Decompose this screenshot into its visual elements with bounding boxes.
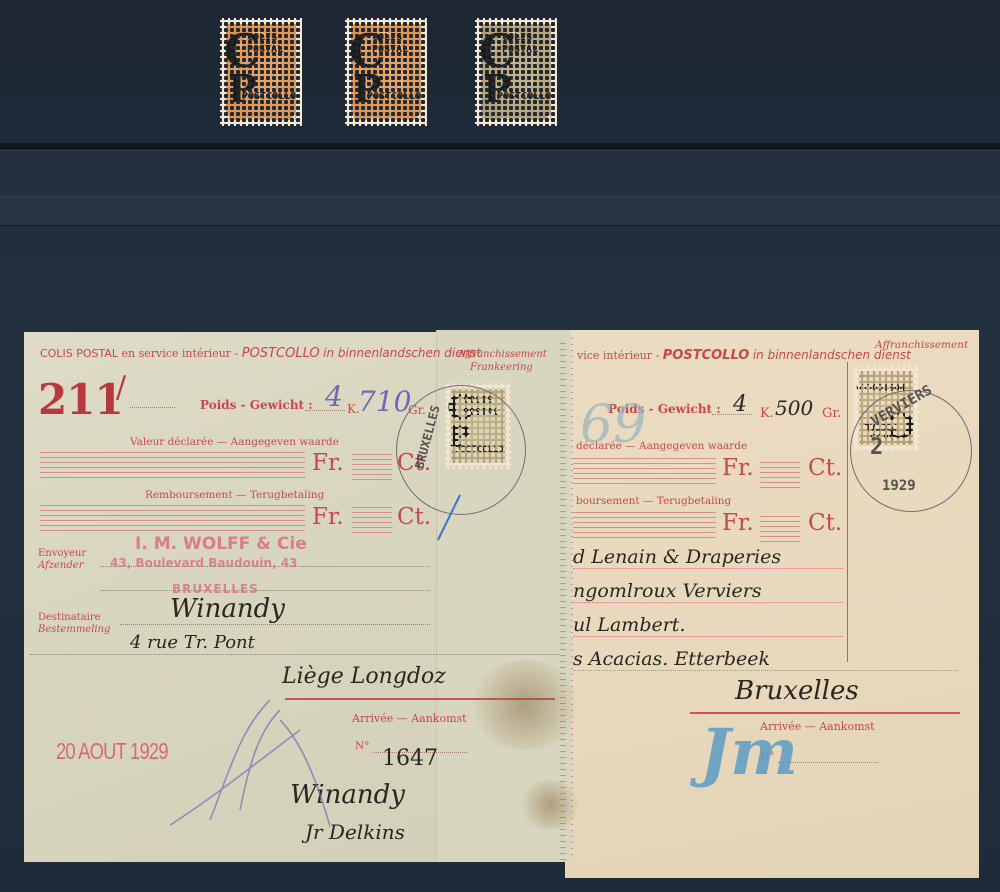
arrival-label: Arrivée — Aankomst [352,712,467,725]
recipient-label-fr: Destinataire [38,612,101,623]
header-nl-caps: POSTCOLLO [663,348,750,363]
stamp-unit: F [291,113,299,126]
divider-line [690,712,960,714]
franking-label: Affranchissement [458,349,547,360]
crayon-mark: Jm [700,715,798,790]
dotted-line [573,670,958,671]
amount-rules [40,505,305,531]
fr-label: Fr. [312,504,344,530]
amount-rules [573,512,716,538]
overprint-line: POSTAL [502,44,538,55]
overprint-line: POSTCOLLO [856,381,905,391]
stamp-country-bottom: BELGIE [220,117,302,125]
overprint-line: POSTAL [372,44,408,55]
recipient-street-handwritten: 4 rue Tr. Pont [130,632,255,653]
header-fr: en service intérieur - [121,347,238,360]
amount-rules [573,458,716,484]
ct-label: Ct. [808,510,842,536]
card-left-header: COLIS POSTAL en service intérieur - POST… [40,346,481,361]
arrival-number: 1647 [382,746,438,771]
strip-divider [0,143,1000,149]
sender-handwritten: d Lenain & Draperies [573,546,781,568]
overprint-p-glyph: P [483,70,512,108]
stamp-unit: F [416,113,424,126]
weight-kg-handwritten: 4 [325,380,343,413]
sender-rubber-stamp: 43, Boulevard Baudouin, 43 [110,556,297,570]
sender-label-nl: Afzender [38,560,83,571]
weight-g-handwritten: 500 [775,396,813,420]
dotted-line [130,407,175,408]
recipient-handwritten: ul Lambert. [573,614,685,636]
reimbursement-label: Remboursement — Terugbetaling [145,489,324,501]
stamp-country-bottom: BELGIE [345,117,427,125]
stamp-5f-olive: BELGIQUE BELGIE 5 F C P COLIS POSTAL POS… [475,18,557,126]
sender-handwritten: ngomlroux Verviers [573,580,762,602]
amount-rules [760,516,800,542]
overprint-line: POSTAL [247,44,283,55]
pencil-mark: 69 [580,395,646,455]
declared-value-label: Valeur déclarée — Aangegeven waarde [130,436,339,448]
card-number: 211 [38,375,123,424]
stamp-4f-orange-2: BELGIQUE BELGIE 4 F C P COLIS POSTAL POS… [345,18,427,126]
stamp-country-bottom: BELGIE [475,117,557,125]
dotted-line [100,590,430,591]
amount-rules [352,454,392,480]
overprint-line: POSTCOLLO [242,91,296,102]
recipient-name-handwritten: Winandy [170,594,285,624]
overprint-p-glyph: P [228,70,257,108]
header-fr: vice intérieur - [577,349,659,362]
overprint-line: COLIS [372,32,402,43]
stamp-value: 5 [478,113,486,126]
overprint-line: POSTCOLLO [497,91,551,102]
dotted-line [120,624,430,625]
reimbursement-label: boursement — Terugbetaling [576,495,731,507]
amount-rules [352,507,392,533]
franking-label-nl: Frankeering [470,362,533,373]
amount-rules [40,452,305,478]
weight-kg-handwritten: 4 [733,392,747,417]
overprint-line: POSTCOLLO [367,91,421,102]
fr-label: Fr. [722,455,754,481]
weight-g-handwritten: 710 [358,385,411,418]
overprint-p-glyph: P [353,70,382,108]
recipient-city-handwritten: Liège Longdoz [282,664,446,689]
stain [470,660,580,750]
recipient-handwritten: s Acacias. Etterbeek [573,648,770,670]
stamp-value: 4 [223,113,231,126]
card-number-slash: / [116,370,126,405]
weight-label: Poids - Gewicht : [200,398,313,412]
stamp-unit: F [546,113,554,126]
sender-rubber-stamp: I. M. WOLFF & Cie [135,534,307,554]
purple-scribble [110,690,330,870]
fr-label: Fr. [312,450,344,476]
franking-label: Affranchissement [875,339,968,351]
card-right-header: vice intérieur - POSTCOLLO in binnenland… [577,348,911,363]
stock-strip [0,150,1000,198]
recipient-label-nl: Bestemmeling [38,624,110,635]
stamp-4f-orange-1: BELGIQUE BELGIE 4 F C P COLIS POSTAL POS… [220,18,302,126]
stamp-value: 4 [348,113,356,126]
dotted-line [100,566,430,567]
overprint-line: COLIS [502,32,532,43]
franking-box-border [847,362,848,662]
no-label: N° [355,740,369,752]
ct-label: Ct. [397,504,431,530]
header-caps: COLIS POSTAL [40,347,118,360]
kg-unit: K. [760,406,774,421]
postmark-bruxelles [396,385,526,515]
postmark-day: 2 [870,435,883,460]
dotted-line [573,568,843,569]
sender-label-fr: Envoyeur [38,548,86,559]
recipient-city-handwritten: Bruxelles [735,676,859,706]
dotted-line [573,602,843,603]
ct-label: Ct. [808,455,842,481]
postmark-year: 1929 [882,478,916,494]
fr-label: Fr. [722,510,754,536]
header-nl-caps: POSTCOLLO [242,346,320,361]
overprint-line: COLIS [247,32,277,43]
stock-strip [0,196,1000,226]
dotted-line [573,636,843,637]
g-unit: Gr. [822,406,841,421]
dotted-line [30,654,560,655]
amount-rules [760,462,800,488]
stain [520,780,580,830]
